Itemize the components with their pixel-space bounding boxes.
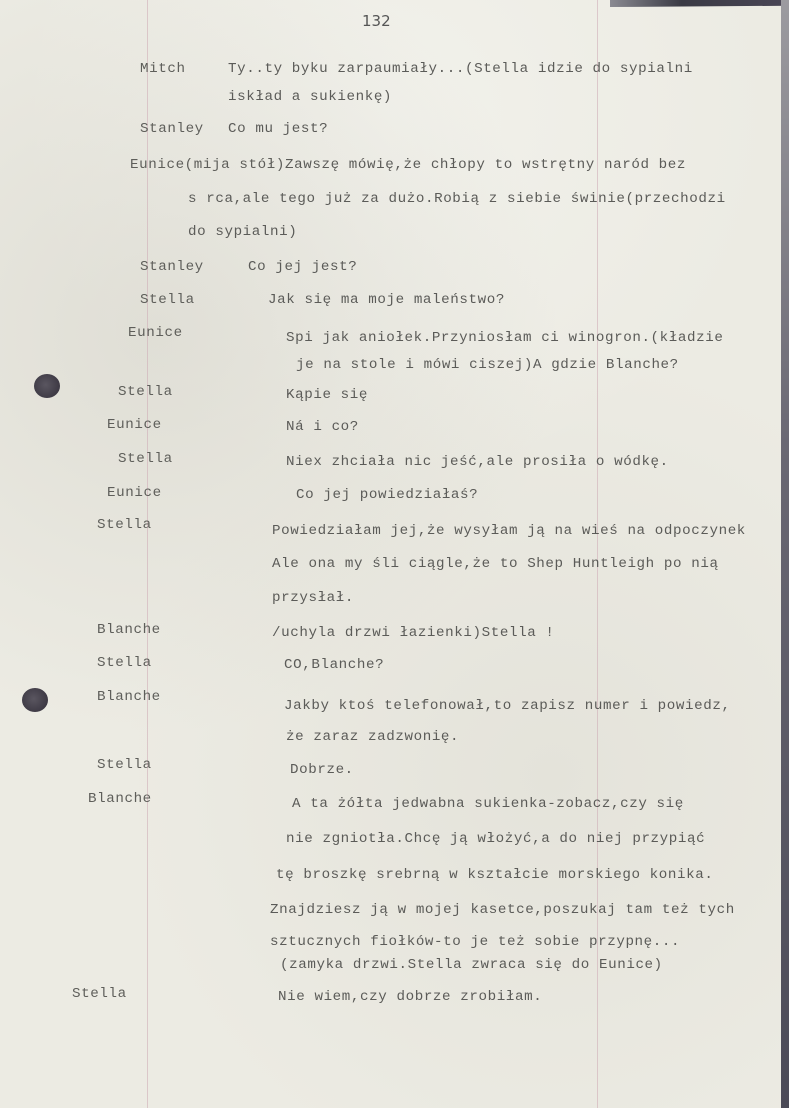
dialogue-line: Jak się ma moje maleństwo?: [268, 293, 505, 307]
dialogue-line: Co mu jest?: [228, 122, 328, 136]
dialogue-line: Ná i co?: [286, 420, 359, 434]
dialogue-line: tę broszkę srebrną w kształcie morskiego…: [276, 868, 713, 882]
dialogue-line: CO,Blanche?: [284, 658, 384, 672]
dialogue-line: że zaraz zadzwonię.: [286, 730, 459, 744]
speaker-name: Stanley: [140, 122, 204, 136]
speaker-name: Stella: [97, 758, 152, 772]
speaker-name: Blanche: [97, 690, 161, 704]
dialogue-line: Spi jak aniołek.Przyniosłam ci winogron.…: [286, 331, 723, 345]
dialogue-line: A ta żółta jedwabna sukienka-zobacz,czy …: [292, 797, 684, 811]
dialogue-line: Zawszę mówię,że chłopy to wstrętny naród…: [285, 158, 686, 172]
speaker-name: Stanley: [140, 260, 204, 274]
speaker-name: Stella: [72, 987, 127, 1001]
speaker-name: Eunice: [128, 326, 183, 340]
dialogue-line: je na stole i mówi ciszej)A gdzie Blanch…: [296, 358, 679, 372]
page-number: 132: [362, 14, 391, 29]
dialogue-line: sztucznych fiołków-to je też sobie przyp…: [270, 935, 680, 949]
scan-edge-right: [781, 0, 789, 1108]
speaker-name: Mitch: [140, 62, 186, 76]
speaker-name: Stella: [97, 656, 152, 670]
dialogue-line: Nie wiem,czy dobrze zrobiłam.: [278, 990, 542, 1004]
dialogue-line: Ty..ty byku zarpaumiały...(Stella idzie …: [228, 62, 693, 76]
speaker-name: Stella: [97, 518, 152, 532]
dialogue-line: /uchyla drzwi łazienki)Stella !: [272, 626, 555, 640]
speaker-name: Blanche: [97, 623, 161, 637]
dialogue-line: iskład a sukienkę): [228, 90, 392, 104]
scan-edge-top: [610, 0, 789, 7]
dialogue-line: Znajdziesz ją w mojej kasetce,poszukaj t…: [270, 903, 735, 917]
dialogue-line: Co jej jest?: [248, 260, 357, 274]
dialogue-line: Jakby ktoś telefonował,to zapisz numer i…: [284, 699, 731, 713]
dialogue-line: Co jej powiedziałaś?: [296, 488, 478, 502]
dialogue-line: Ale ona my śli ciągle,że to Shep Huntlei…: [272, 557, 719, 571]
dialogue-line: Dobrze.: [290, 763, 354, 777]
speaker-name: Eunice: [107, 418, 162, 432]
punch-hole-mark: [34, 374, 60, 398]
speaker-name: Stella: [140, 293, 195, 307]
dialogue-line: nie zgniotła.Chcę ją włożyć,a do niej pr…: [286, 832, 705, 846]
scanned-typescript-page: 132 Mitch Ty..ty byku zarpaumiały...(Ste…: [0, 0, 789, 1108]
speaker-name: Eunice(mija stół): [130, 158, 285, 172]
stage-direction: (zamyka drzwi.Stella zwraca się do Eunic…: [280, 958, 663, 972]
speaker-name: Stella: [118, 452, 173, 466]
dialogue-line: Powiedziałam jej,że wysyłam ją na wieś n…: [272, 524, 746, 538]
punch-hole-mark: [22, 688, 48, 712]
speaker-name: Stella: [118, 385, 173, 399]
speaker-name: Eunice: [107, 486, 162, 500]
dialogue-line: przysłał.: [272, 591, 354, 605]
speaker-name: Blanche: [88, 792, 152, 806]
dialogue-line: Niex zhciała nic jeść,ale prosiła o wódk…: [286, 455, 669, 469]
dialogue-line: Kąpie się: [286, 388, 368, 402]
dialogue-line: do sypialni): [188, 225, 297, 239]
dialogue-line: s rca,ale tego już za dużo.Robią z siebi…: [188, 192, 726, 206]
